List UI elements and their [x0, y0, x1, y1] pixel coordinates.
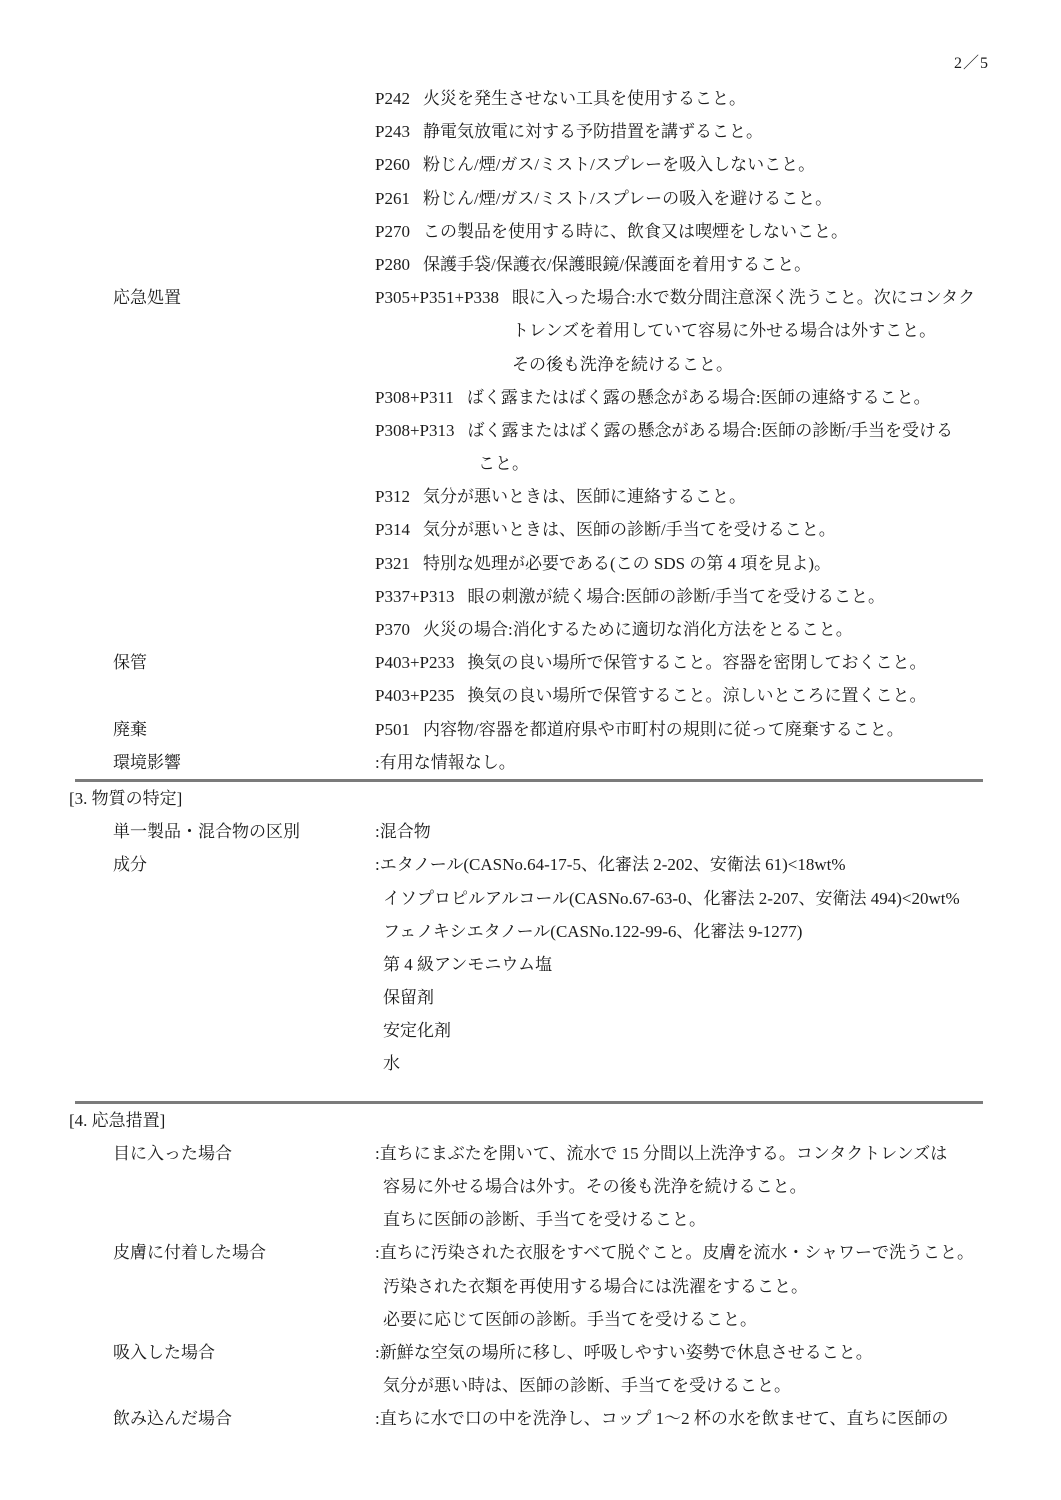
row-content: :直ちに汚染された衣服をすべて脱ぐこと。皮膚を流水・シャワーで洗うこと。 [375, 1236, 983, 1269]
p-code: P242 [375, 89, 410, 108]
row-label: 皮膚に付着した場合 [113, 1236, 266, 1269]
row-content: P261粉じん/煙/ガス/ミスト/スプレーの吸入を避けること。 [375, 182, 983, 215]
document-line: P280保護手袋/保護衣/保護眼鏡/保護面を着用すること。 [75, 248, 983, 281]
row-content: :新鮮な空気の場所に移し、呼吸しやすい姿勢で休息させること。 [375, 1336, 983, 1369]
row-text: :直ちにまぶたを開いて、流水で 15 分間以上洗浄する。コンタクトレンズは [375, 1144, 947, 1163]
row-text: 水 [383, 1054, 400, 1073]
row-content: P308+P311ばく露またはばく露の懸念がある場合:医師の連絡すること。 [375, 381, 983, 414]
document-line: トレンズを着用していて容易に外せる場合は外すこと。 [75, 314, 983, 347]
p-code: P261 [375, 189, 410, 208]
document-line: イソプロピルアルコール(CASNo.67-63-0、化審法 2-207、安衛法 … [75, 882, 983, 915]
row-text: こと。 [478, 454, 529, 473]
p-code: P403+P235 [375, 686, 455, 705]
p-code: P280 [375, 255, 410, 274]
row-text: 粉じん/煙/ガス/ミスト/スプレーの吸入を避けること。 [423, 189, 832, 208]
document-line: 安定化剤 [75, 1014, 983, 1047]
row-text: 第 4 級アンモニウム塩 [383, 955, 552, 974]
row-content: :エタノール(CASNo.64-17-5、化審法 2-202、安衛法 61)<1… [375, 848, 983, 881]
p-code: P308+P311 [375, 388, 454, 407]
p-code: P270 [375, 222, 410, 241]
row-content: 必要に応じて医師の診断。手当てを受けること。 [383, 1303, 983, 1336]
document-line: P403+P235換気の良い場所で保管すること。涼しいところに置くこと。 [75, 679, 983, 712]
precautionary-statements-section: P242火災を発生させない工具を使用すること。P243静電気放電に対する予防措置… [75, 82, 983, 779]
document-line: P243静電気放電に対する予防措置を講ずること。 [75, 115, 983, 148]
row-text: 容易に外せる場合は外す。その後も洗浄を続けること。 [383, 1177, 807, 1196]
row-label: 保管 [113, 646, 147, 679]
document-line: P370火災の場合:消化するために適切な消化方法をとること。 [75, 613, 983, 646]
row-content: P337+P313眼の刺激が続く場合:医師の診断/手当てを受けること。 [375, 580, 983, 613]
row-content: :有用な情報なし。 [375, 746, 983, 779]
document-line: P260粉じん/煙/ガス/ミスト/スプレーを吸入しないこと。 [75, 148, 983, 181]
document-line: その後も洗浄を続けること。 [75, 348, 983, 381]
document-line: P314気分が悪いときは、医師の診断/手当てを受けること。 [75, 513, 983, 546]
row-text: 静電気放電に対する予防措置を講ずること。 [423, 122, 763, 141]
p-code: P312 [375, 487, 410, 506]
row-content: P305+P351+P338眼に入った場合:水で数分間注意深く洗うこと。次にコン… [375, 281, 983, 314]
row-content: P501内容物/容器を都道府県や市町村の規則に従って廃棄すること。 [375, 713, 983, 746]
document-line: 保管P403+P233換気の良い場所で保管すること。容器を密閉しておくこと。 [75, 646, 983, 679]
document-line: 必要に応じて医師の診断。手当てを受けること。 [75, 1303, 983, 1336]
document-line: P308+P313ばく露またはばく露の懸念がある場合:医師の診断/手当を受ける [75, 414, 983, 447]
row-content: P312気分が悪いときは、医師に連絡すること。 [375, 480, 983, 513]
p-code: P314 [375, 520, 410, 539]
row-text: 粉じん/煙/ガス/ミスト/スプレーを吸入しないこと。 [423, 155, 815, 174]
document-line: 直ちに医師の診断、手当てを受けること。 [75, 1203, 983, 1236]
row-text: 火災の場合:消化するために適切な消化方法をとること。 [423, 620, 853, 639]
document-line: 吸入した場合:新鮮な空気の場所に移し、呼吸しやすい姿勢で休息させること。 [75, 1336, 983, 1369]
row-text: 保留剤 [383, 988, 434, 1007]
row-content: 汚染された衣類を再使用する場合には洗濯をすること。 [383, 1270, 983, 1303]
row-content: 気分が悪い時は、医師の診断、手当てを受けること。 [383, 1369, 983, 1402]
row-text: :直ちに水で口の中を洗浄し、コップ 1〜2 杯の水を飲ませて、直ちに医師の [375, 1409, 949, 1428]
row-text: 気分が悪いときは、医師に連絡すること。 [423, 487, 746, 506]
document-line: P321特別な処理が必要である(この SDS の第 4 項を見よ)。 [75, 547, 983, 580]
row-content: P403+P235換気の良い場所で保管すること。涼しいところに置くこと。 [375, 679, 983, 712]
row-content: P260粉じん/煙/ガス/ミスト/スプレーを吸入しないこと。 [375, 148, 983, 181]
document-line: 容易に外せる場合は外す。その後も洗浄を続けること。 [75, 1170, 983, 1203]
p-code: P321 [375, 554, 410, 573]
p-code: P403+P233 [375, 653, 455, 672]
document-line: 応急処置P305+P351+P338眼に入った場合:水で数分間注意深く洗うこと。… [75, 281, 983, 314]
row-text: トレンズを着用していて容易に外せる場合は外すこと。 [512, 321, 936, 340]
p-code: P501 [375, 720, 410, 739]
document-line: こと。 [75, 447, 983, 480]
row-content: イソプロピルアルコール(CASNo.67-63-0、化審法 2-207、安衛法 … [383, 882, 983, 915]
row-content: その後も洗浄を続けること。 [512, 348, 983, 381]
document-line: 成分:エタノール(CASNo.64-17-5、化審法 2-202、安衛法 61)… [75, 848, 983, 881]
document-line: P337+P313眼の刺激が続く場合:医師の診断/手当てを受けること。 [75, 580, 983, 613]
row-label: 単一製品・混合物の区別 [113, 815, 300, 848]
document-line: P308+P311ばく露またはばく露の懸念がある場合:医師の連絡すること。 [75, 381, 983, 414]
row-text: 火災を発生させない工具を使用すること。 [423, 89, 746, 108]
row-content: P242火災を発生させない工具を使用すること。 [375, 82, 983, 115]
document-line: 保留剤 [75, 981, 983, 1014]
section4-title: [4. 応急措置] [69, 1104, 983, 1137]
row-content: 安定化剤 [383, 1014, 983, 1047]
document-line: 目に入った場合:直ちにまぶたを開いて、流水で 15 分間以上洗浄する。コンタクト… [75, 1137, 983, 1170]
row-label: 廃棄 [113, 713, 147, 746]
row-content: P314気分が悪いときは、医師の診断/手当てを受けること。 [375, 513, 983, 546]
row-content: 保留剤 [383, 981, 983, 1014]
row-text: ばく露またはばく露の懸念がある場合:医師の連絡すること。 [467, 388, 931, 407]
row-text: 換気の良い場所で保管すること。涼しいところに置くこと。 [468, 686, 927, 705]
row-content: P370火災の場合:消化するために適切な消化方法をとること。 [375, 613, 983, 646]
sds-document-page: 2／5 P242火災を発生させない工具を使用すること。P243静電気放電に対する… [0, 0, 1061, 1500]
document-line: P312気分が悪いときは、医師に連絡すること。 [75, 480, 983, 513]
row-label: 成分 [113, 848, 147, 881]
document-line: 飲み込んだ場合:直ちに水で口の中を洗浄し、コップ 1〜2 杯の水を飲ませて、直ち… [75, 1402, 983, 1435]
row-content: :直ちにまぶたを開いて、流水で 15 分間以上洗浄する。コンタクトレンズは [375, 1137, 983, 1170]
row-content: 水 [383, 1047, 983, 1080]
document-line: 環境影響:有用な情報なし。 [75, 746, 983, 779]
row-text: 眼に入った場合:水で数分間注意深く洗うこと。次にコンタク [512, 288, 975, 307]
row-content: P243静電気放電に対する予防措置を講ずること。 [375, 115, 983, 148]
document-line: P261粉じん/煙/ガス/ミスト/スプレーの吸入を避けること。 [75, 182, 983, 215]
row-text: :エタノール(CASNo.64-17-5、化審法 2-202、安衛法 61)<1… [375, 855, 846, 874]
document-line: 第 4 級アンモニウム塩 [75, 948, 983, 981]
row-text: 直ちに医師の診断、手当てを受けること。 [383, 1210, 706, 1229]
row-text: :混合物 [375, 822, 431, 841]
row-text: 保護手袋/保護衣/保護眼鏡/保護面を着用すること。 [423, 255, 811, 274]
p-code: P308+P313 [375, 421, 455, 440]
row-content: :直ちに水で口の中を洗浄し、コップ 1〜2 杯の水を飲ませて、直ちに医師の [375, 1402, 983, 1435]
document-body: P242火災を発生させない工具を使用すること。P243静電気放電に対する予防措置… [75, 82, 983, 1436]
document-line: 廃棄P501内容物/容器を都道府県や市町村の規則に従って廃棄すること。 [75, 713, 983, 746]
document-line: 水 [75, 1047, 983, 1080]
document-line: 汚染された衣類を再使用する場合には洗濯をすること。 [75, 1270, 983, 1303]
row-content: P321特別な処理が必要である(この SDS の第 4 項を見よ)。 [375, 547, 983, 580]
row-text: フェノキシエタノール(CASNo.122-99-6、化審法 9-1277) [383, 922, 802, 941]
row-text: :新鮮な空気の場所に移し、呼吸しやすい姿勢で休息させること。 [375, 1343, 873, 1362]
document-line: 気分が悪い時は、医師の診断、手当てを受けること。 [75, 1369, 983, 1402]
row-text: 安定化剤 [383, 1021, 451, 1040]
row-text: 換気の良い場所で保管すること。容器を密閉しておくこと。 [468, 653, 927, 672]
row-text: 必要に応じて医師の診断。手当てを受けること。 [383, 1310, 757, 1329]
p-code: P370 [375, 620, 410, 639]
row-content: こと。 [478, 447, 983, 480]
row-content: フェノキシエタノール(CASNo.122-99-6、化審法 9-1277) [383, 915, 983, 948]
row-text: 汚染された衣類を再使用する場合には洗濯をすること。 [383, 1277, 808, 1296]
p-code: P260 [375, 155, 410, 174]
row-label: 環境影響 [113, 746, 181, 779]
section3-title: [3. 物質の特定] [69, 782, 983, 815]
row-text: その後も洗浄を続けること。 [512, 355, 733, 374]
p-code: P243 [375, 122, 410, 141]
p-code: P337+P313 [375, 587, 455, 606]
document-line: フェノキシエタノール(CASNo.122-99-6、化審法 9-1277) [75, 915, 983, 948]
document-line: 皮膚に付着した場合:直ちに汚染された衣服をすべて脱ぐこと。皮膚を流水・シャワーで… [75, 1236, 983, 1269]
page-number: 2／5 [954, 50, 989, 73]
row-text: イソプロピルアルコール(CASNo.67-63-0、化審法 2-207、安衛法 … [383, 889, 960, 908]
row-text: 特別な処理が必要である(この SDS の第 4 項を見よ)。 [423, 554, 831, 573]
first-aid-measures-section: 目に入った場合:直ちにまぶたを開いて、流水で 15 分間以上洗浄する。コンタクト… [75, 1137, 983, 1436]
row-content: P270この製品を使用する時に、飲食又は喫煙をしないこと。 [375, 215, 983, 248]
p-code: P305+P351+P338 [375, 288, 499, 307]
row-content: P280保護手袋/保護衣/保護眼鏡/保護面を着用すること。 [375, 248, 983, 281]
row-text: 内容物/容器を都道府県や市町村の規則に従って廃棄すること。 [423, 720, 904, 739]
row-label: 飲み込んだ場合 [113, 1402, 232, 1435]
row-text: 気分が悪いときは、医師の診断/手当てを受けること。 [423, 520, 836, 539]
row-content: P403+P233換気の良い場所で保管すること。容器を密閉しておくこと。 [375, 646, 983, 679]
row-content: 直ちに医師の診断、手当てを受けること。 [383, 1203, 983, 1236]
document-line: 単一製品・混合物の区別:混合物 [75, 815, 983, 848]
row-text: 気分が悪い時は、医師の診断、手当てを受けること。 [383, 1376, 791, 1395]
row-content: :混合物 [375, 815, 983, 848]
document-line: P270この製品を使用する時に、飲食又は喫煙をしないこと。 [75, 215, 983, 248]
row-content: 第 4 級アンモニウム塩 [383, 948, 983, 981]
row-text: :有用な情報なし。 [375, 753, 516, 772]
row-content: トレンズを着用していて容易に外せる場合は外すこと。 [512, 314, 983, 347]
row-content: P308+P313ばく露またはばく露の懸念がある場合:医師の診断/手当を受ける [375, 414, 983, 447]
row-text: 眼の刺激が続く場合:医師の診断/手当てを受けること。 [468, 587, 885, 606]
row-label: 応急処置 [113, 281, 181, 314]
row-text: この製品を使用する時に、飲食又は喫煙をしないこと。 [423, 222, 848, 241]
row-label: 目に入った場合 [113, 1137, 232, 1170]
row-content: 容易に外せる場合は外す。その後も洗浄を続けること。 [383, 1170, 983, 1203]
row-text: :直ちに汚染された衣服をすべて脱ぐこと。皮膚を流水・シャワーで洗うこと。 [375, 1243, 974, 1262]
row-text: ばく露またはばく露の懸念がある場合:医師の診断/手当を受ける [468, 421, 953, 440]
substance-identification-section: 単一製品・混合物の区別:混合物成分:エタノール(CASNo.64-17-5、化審… [75, 815, 983, 1081]
document-line: P242火災を発生させない工具を使用すること。 [75, 82, 983, 115]
row-label: 吸入した場合 [113, 1336, 215, 1369]
